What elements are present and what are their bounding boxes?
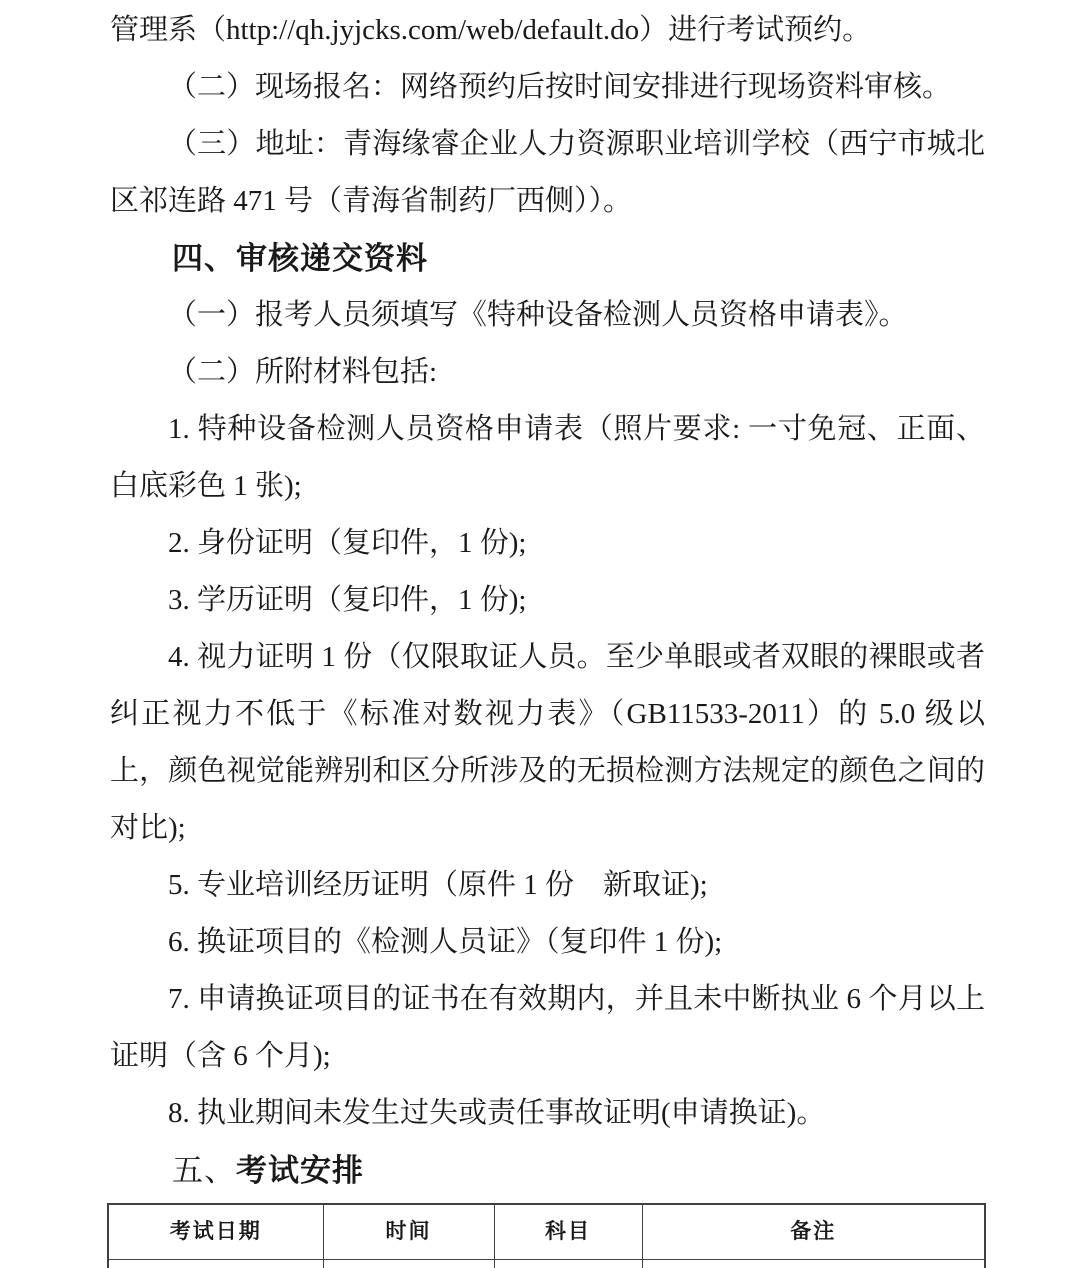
exam-table-header-row: 考试日期 时间 科目 备注: [108, 1204, 985, 1259]
table-header-subject: 科目: [494, 1204, 642, 1259]
paragraph-url-continuation: 管理系（http://qh.jyjcks.com/web/default.do）…: [110, 2, 985, 59]
list-item-5: 5. 专业培训经历证明（原件 1 份 新取证);: [110, 857, 985, 914]
section-heading-5: 五、考试安排: [110, 1142, 985, 1199]
paragraph-address: （三）地址：青海缘睿企业人力资源职业培训学校（西宁市城北区祁连路 471 号（青…: [110, 116, 985, 230]
document-page: 管理系（http://qh.jyjcks.com/web/default.do）…: [0, 0, 1080, 1268]
list-item-3: 3. 学历证明（复印件，1 份);: [110, 572, 985, 629]
paragraph-attached-materials: （二）所附材料包括:: [110, 344, 985, 401]
list-item-2: 2. 身份证明（复印件，1 份);: [110, 515, 985, 572]
list-item-8: 8. 执业期间未发生过失或责任事故证明(申请换证)。: [110, 1085, 985, 1142]
paragraph-application-form: （一）报考人员须填写《特种设备检测人员资格申请表》。: [110, 287, 985, 344]
paragraph-onsite-registration: （二）现场报名：网络预约后按时间安排进行现场资料审核。: [110, 59, 985, 116]
section-heading-5-number: 五、: [172, 1153, 236, 1188]
exam-schedule-table: 考试日期 时间 科目 备注: [107, 1203, 986, 1268]
list-item-7: 7. 申请换证项目的证书在有效期内，并且未中断执业 6 个月以上证明（含 6 个…: [110, 971, 985, 1085]
table-header-time: 时间: [323, 1204, 494, 1259]
list-item-6: 6. 换证项目的《检测人员证》（复印件 1 份);: [110, 914, 985, 971]
table-header-note: 备注: [642, 1204, 985, 1259]
table-header-exam-date: 考试日期: [108, 1204, 323, 1259]
list-item-4: 4. 视力证明 1 份（仅限取证人员。至少单眼或者双眼的裸眼或者纠正视力不低于《…: [110, 629, 985, 857]
exam-table-clipped-row: [108, 1259, 985, 1268]
list-item-1: 1. 特种设备检测人员资格申请表（照片要求: 一寸免冠、正面、白底彩色 1 张)…: [110, 401, 985, 515]
section-heading-4: 四、审核递交资料: [110, 230, 985, 287]
section-heading-5-title: 考试安排: [236, 1153, 364, 1188]
